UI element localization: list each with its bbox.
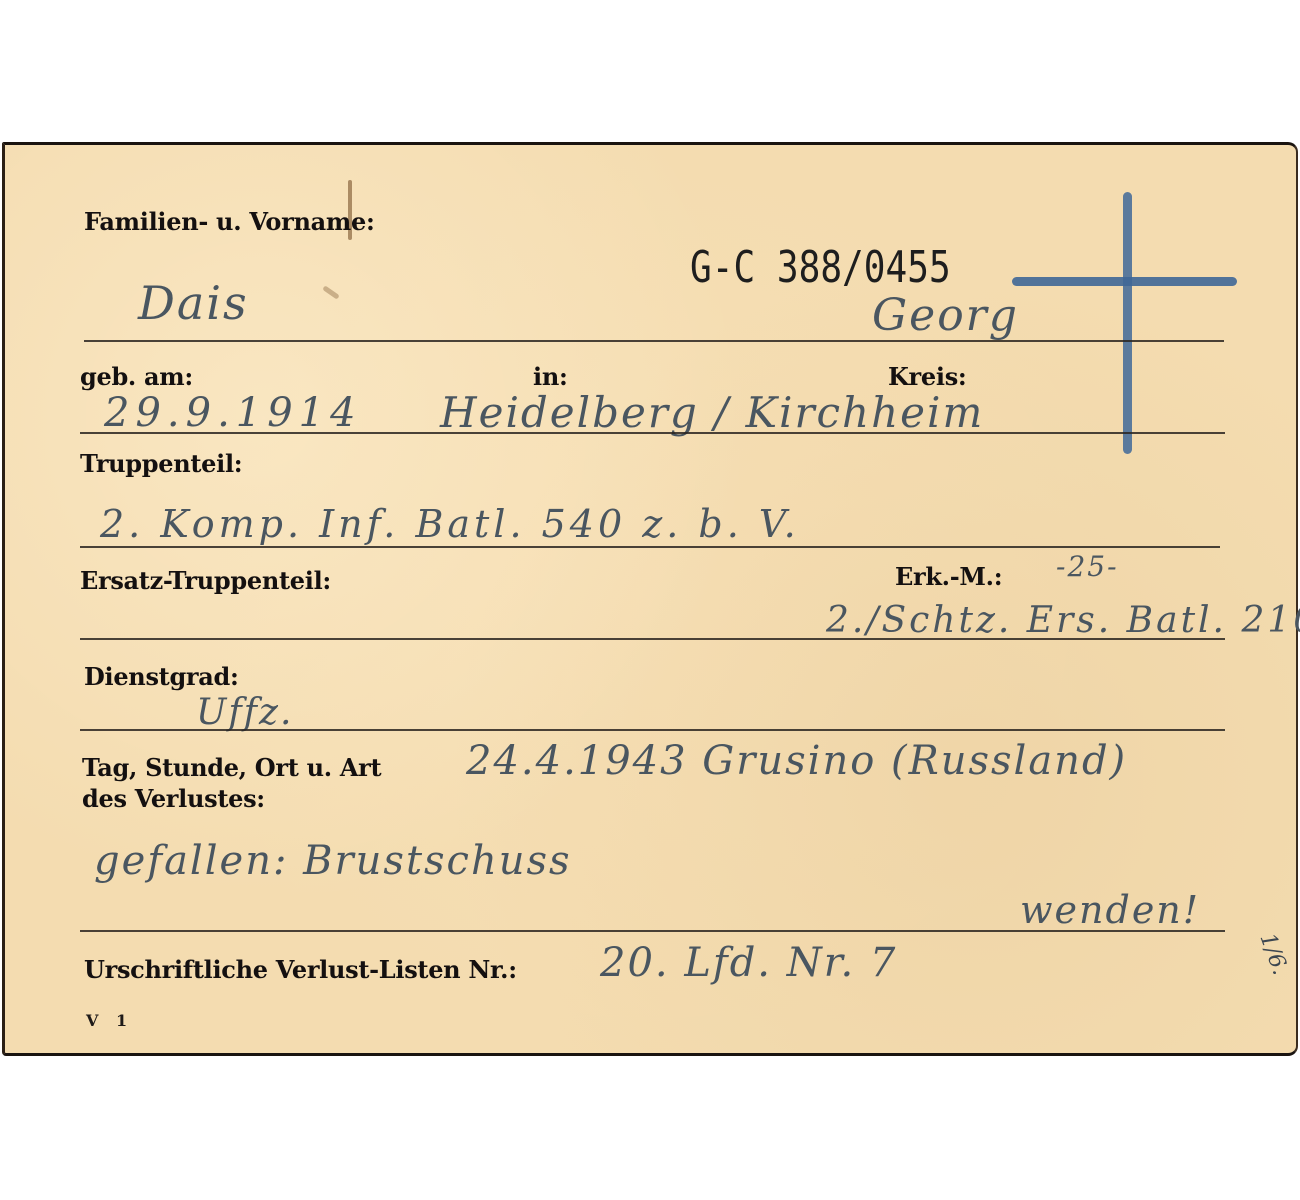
surname-value: Dais (138, 276, 249, 330)
loss-list-label: Urschriftliche Verlust-Listen Nr.: (84, 955, 517, 984)
unit-label: Truppenteil: (80, 449, 242, 478)
blue-cross-mark-vertical (1123, 192, 1132, 454)
birth-date-value: 29.9.1914 (104, 390, 362, 436)
rank-label: Dienstgrad: (84, 662, 239, 691)
unit-underline (80, 546, 1220, 548)
given-name-value: Georg (872, 290, 1019, 341)
name-underline (84, 340, 1224, 342)
rank-value: Uffz. (196, 692, 293, 733)
loss-label-line1: Tag, Stunde, Ort u. Art (82, 753, 381, 782)
loss-underline (80, 930, 1225, 932)
replacement-unit-value: 2./Schtz. Ers. Batl. 210 (826, 600, 1300, 641)
replacement-unit-underline (80, 638, 1225, 640)
birth-place-label: in: (533, 362, 568, 391)
rank-underline (80, 729, 1225, 731)
name-label: Familien- u. Vorname: (84, 207, 375, 236)
loss-label-line2: des Verlustes: (82, 784, 265, 813)
blue-cross-mark-horizontal (1012, 277, 1237, 286)
erk-m-value: -25- (1056, 550, 1119, 583)
form-code: V 1 (86, 1011, 133, 1030)
loss-list-value: 20. Lfd. Nr. 7 (600, 940, 897, 986)
birth-date-label: geb. am: (80, 362, 193, 391)
birth-underline (80, 432, 1225, 434)
turn-over-note: wenden! (1020, 888, 1200, 932)
reference-number: G-C 388/0455 (690, 242, 951, 293)
unit-value: 2. Komp. Inf. Batl. 540 z. b. V. (100, 502, 800, 546)
loss-date-place-value: 24.4.1943 Grusino (Russland) (466, 738, 1127, 784)
loss-detail-value: gefallen: Brustschuss (94, 838, 572, 884)
replacement-unit-label: Ersatz-Truppenteil: (80, 566, 331, 595)
district-label: Kreis: (888, 362, 966, 391)
birth-place-value: Heidelberg / Kirchheim (440, 388, 984, 437)
erk-m-label: Erk.-M.: (895, 562, 1002, 591)
